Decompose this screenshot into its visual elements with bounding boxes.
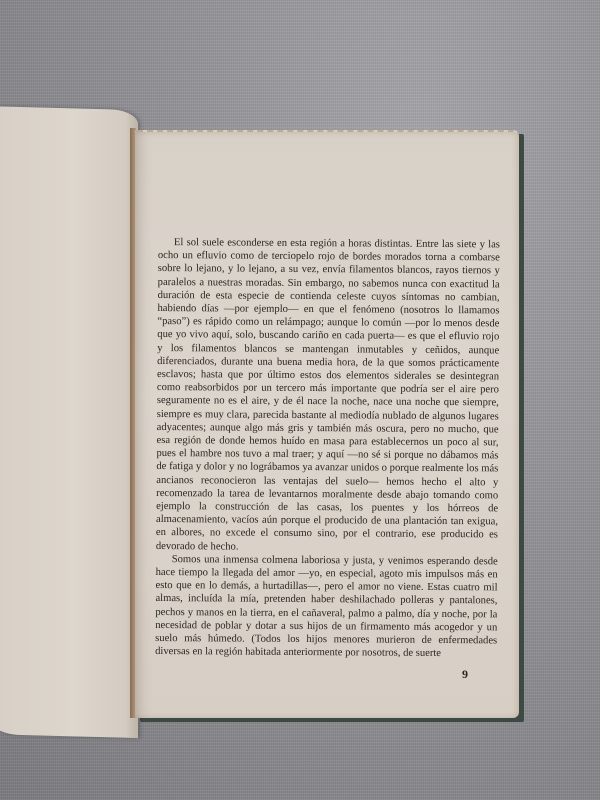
paragraph-2: Somos una inmensa colmena laboriosa y ju… bbox=[155, 553, 498, 661]
right-page: El sol suele esconderse en esta región a… bbox=[135, 130, 519, 718]
page-number: 9 bbox=[462, 667, 468, 682]
body-text: El sol suele esconderse en esta región a… bbox=[155, 236, 500, 661]
left-page-blank bbox=[0, 106, 138, 738]
paragraph-1: El sol suele esconderse en esta región a… bbox=[156, 236, 500, 555]
